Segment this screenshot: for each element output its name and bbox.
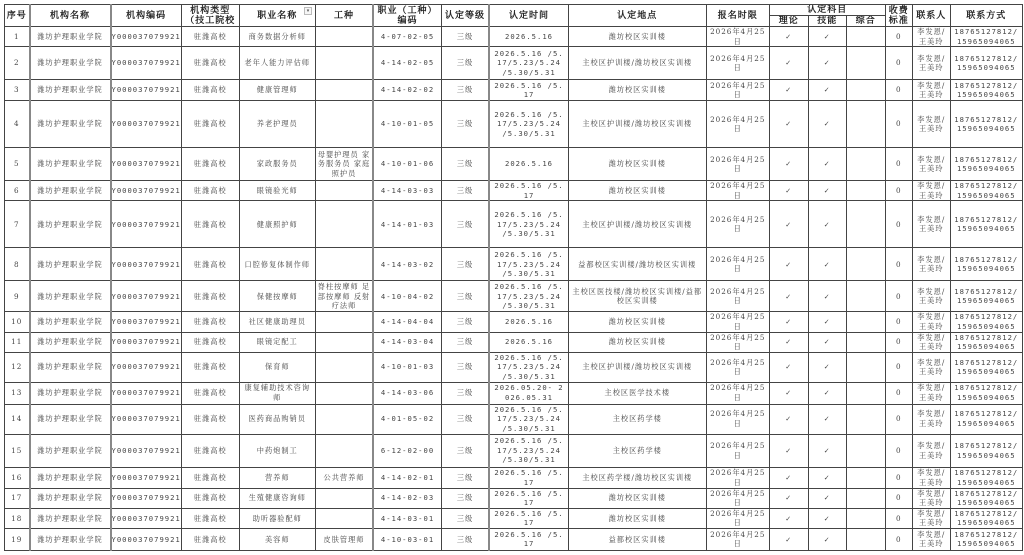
occupation-code: 4-14-03-02 xyxy=(373,248,441,281)
subject-comprehensive xyxy=(846,27,885,47)
occupation-code: 4-14-03-03 xyxy=(373,181,441,201)
org-name: 潍坊护理职业学院 xyxy=(30,101,111,148)
contact-phone: 18765127812/15965094065 xyxy=(950,201,1022,248)
row-index: 6 xyxy=(5,181,30,201)
org-name: 潍坊护理职业学院 xyxy=(30,434,111,467)
subject-theory-check: ✓ xyxy=(769,47,808,80)
registration-deadline: 2026年4月25日 xyxy=(706,80,769,101)
table-row: 9潍坊护理职业学院Y000037079921驻潍高校保健按摩师脊柱按摩师 足部按… xyxy=(5,281,1023,312)
certification-time: 2026.5.16 /5.17/5.23/5.24 /5.30/5.31 xyxy=(489,201,568,248)
occupation-code: 6-12-02-00 xyxy=(373,434,441,467)
org-name: 潍坊护理职业学院 xyxy=(30,312,111,332)
work-type xyxy=(315,352,373,382)
subject-theory-check: ✓ xyxy=(769,508,808,528)
certification-location: 主校区医技楼/潍坊校区实训楼/益都校区实训楼 xyxy=(568,281,706,312)
occupation-name: 健康照护师 xyxy=(239,201,315,248)
subject-comprehensive xyxy=(846,434,885,467)
row-index: 9 xyxy=(5,281,30,312)
org-code: Y000037079921 xyxy=(111,528,182,550)
contact-phone: 18765127812/15965094065 xyxy=(950,281,1022,312)
occupation-name: 商务数据分析师 xyxy=(239,27,315,47)
table-row: 12潍坊护理职业学院Y000037079921驻潍高校保育师4-10-01-03… xyxy=(5,352,1023,382)
work-type xyxy=(315,312,373,332)
certification-location: 潍坊校区实训楼 xyxy=(568,148,706,181)
header-fee: 收费标准 xyxy=(885,5,912,27)
registration-deadline: 2026年4月25日 xyxy=(706,312,769,332)
org-name: 潍坊护理职业学院 xyxy=(30,528,111,550)
fee: 0 xyxy=(885,404,912,434)
registration-deadline: 2026年4月25日 xyxy=(706,27,769,47)
contact-phone: 18765127812/15965094065 xyxy=(950,352,1022,382)
table-row: 5潍坊护理职业学院Y000037079921驻潍高校家政服务员母婴护理员 家务服… xyxy=(5,148,1023,181)
subject-skill-check: ✓ xyxy=(808,528,846,550)
subject-skill-check: ✓ xyxy=(808,47,846,80)
org-type: 驻潍高校 xyxy=(181,248,239,281)
certification-level: 三级 xyxy=(441,508,489,528)
subject-theory-check: ✓ xyxy=(769,312,808,332)
certification-location: 潍坊校区实训楼 xyxy=(568,312,706,332)
work-type xyxy=(315,404,373,434)
certification-table: 序号 机构名称 机构编码 机构类型（技工院校 职业名称 工种 职业（工种）编码 … xyxy=(4,4,1023,551)
table-row: 18潍坊护理职业学院Y000037079921驻潍高校助听器验配师4-14-03… xyxy=(5,508,1023,528)
table-row: 6潍坊护理职业学院Y000037079921驻潍高校眼镜验光师4-14-03-0… xyxy=(5,181,1023,201)
org-type: 驻潍高校 xyxy=(181,508,239,528)
subject-theory-check: ✓ xyxy=(769,80,808,101)
work-type: 脊柱按摩师 足部按摩师 反射疗法师 xyxy=(315,281,373,312)
certification-level: 三级 xyxy=(441,382,489,404)
subject-comprehensive xyxy=(846,352,885,382)
occupation-name: 养老护理员 xyxy=(239,101,315,148)
certification-location: 主校区药学楼 xyxy=(568,434,706,467)
certification-level: 三级 xyxy=(441,281,489,312)
certification-time: 2026.5.16 /5.17 xyxy=(489,528,568,550)
contact-phone: 18765127812/15965094065 xyxy=(950,508,1022,528)
occupation-code: 4-14-02-05 xyxy=(373,47,441,80)
fee: 0 xyxy=(885,101,912,148)
org-code: Y000037079921 xyxy=(111,352,182,382)
fee: 0 xyxy=(885,508,912,528)
certification-location: 主校区药学楼 xyxy=(568,404,706,434)
org-type: 驻潍高校 xyxy=(181,148,239,181)
registration-deadline: 2026年4月25日 xyxy=(706,101,769,148)
row-index: 19 xyxy=(5,528,30,550)
subject-comprehensive xyxy=(846,508,885,528)
work-type xyxy=(315,27,373,47)
org-code: Y000037079921 xyxy=(111,467,182,488)
contact-person: 李发恩/王美玲 xyxy=(912,201,950,248)
occupation-code: 4-14-01-03 xyxy=(373,201,441,248)
org-code: Y000037079921 xyxy=(111,508,182,528)
work-type xyxy=(315,488,373,508)
contact-phone: 18765127812/15965094065 xyxy=(950,80,1022,101)
org-name: 潍坊护理职业学院 xyxy=(30,467,111,488)
occupation-name: 保健按摩师 xyxy=(239,281,315,312)
occupation-code: 4-14-03-06 xyxy=(373,382,441,404)
subject-skill-check: ✓ xyxy=(808,248,846,281)
certification-level: 三级 xyxy=(441,101,489,148)
org-name: 潍坊护理职业学院 xyxy=(30,47,111,80)
certification-time: 2026.5.16 /5.17 xyxy=(489,467,568,488)
contact-person: 李发恩/王美玲 xyxy=(912,181,950,201)
subject-comprehensive xyxy=(846,332,885,352)
org-code: Y000037079921 xyxy=(111,281,182,312)
subject-theory-check: ✓ xyxy=(769,201,808,248)
contact-person: 李发恩/王美玲 xyxy=(912,80,950,101)
certification-location: 潍坊校区实训楼 xyxy=(568,181,706,201)
subject-skill-check: ✓ xyxy=(808,488,846,508)
contact-phone: 18765127812/15965094065 xyxy=(950,488,1022,508)
certification-time: 2026.5.16 xyxy=(489,27,568,47)
row-index: 14 xyxy=(5,404,30,434)
org-name: 潍坊护理职业学院 xyxy=(30,352,111,382)
fee: 0 xyxy=(885,47,912,80)
header-org-type: 机构类型（技工院校 xyxy=(181,5,239,27)
header-subject-theory: 理论 xyxy=(769,16,808,27)
certification-time: 2026.5.16 /5.17 xyxy=(489,508,568,528)
header-subject-comprehensive: 综合 xyxy=(846,16,885,27)
header-contact: 联系人 xyxy=(912,5,950,27)
registration-deadline: 2026年4月25日 xyxy=(706,47,769,80)
work-type xyxy=(315,101,373,148)
subject-comprehensive xyxy=(846,80,885,101)
org-type: 驻潍高校 xyxy=(181,352,239,382)
subject-comprehensive xyxy=(846,467,885,488)
contact-phone: 18765127812/15965094065 xyxy=(950,47,1022,80)
certification-time: 2026.5.16 /5.17 xyxy=(489,80,568,101)
contact-phone: 18765127812/15965094065 xyxy=(950,382,1022,404)
certification-location: 潍坊校区实训楼 xyxy=(568,332,706,352)
subject-comprehensive xyxy=(846,404,885,434)
org-code: Y000037079921 xyxy=(111,101,182,148)
org-name: 潍坊护理职业学院 xyxy=(30,181,111,201)
row-index: 5 xyxy=(5,148,30,181)
org-type: 驻潍高校 xyxy=(181,528,239,550)
registration-deadline: 2026年4月25日 xyxy=(706,148,769,181)
certification-level: 三级 xyxy=(441,47,489,80)
work-type xyxy=(315,508,373,528)
registration-deadline: 2026年4月25日 xyxy=(706,248,769,281)
subject-comprehensive xyxy=(846,488,885,508)
registration-deadline: 2026年4月25日 xyxy=(706,404,769,434)
certification-location: 主校区护训楼/潍坊校区实训楼 xyxy=(568,201,706,248)
table-row: 1潍坊护理职业学院Y000037079921驻潍高校商务数据分析师4-07-02… xyxy=(5,27,1023,47)
org-type: 驻潍高校 xyxy=(181,201,239,248)
occupation-name: 眼镜验光师 xyxy=(239,181,315,201)
work-type xyxy=(315,434,373,467)
contact-phone: 18765127812/15965094065 xyxy=(950,528,1022,550)
occupation-code: 4-14-02-01 xyxy=(373,467,441,488)
certification-time: 2026.05.20- 2026.05.31 xyxy=(489,382,568,404)
subject-skill-check: ✓ xyxy=(808,312,846,332)
org-type: 驻潍高校 xyxy=(181,467,239,488)
org-type: 驻潍高校 xyxy=(181,382,239,404)
subject-skill-check: ✓ xyxy=(808,404,846,434)
org-type: 驻潍高校 xyxy=(181,27,239,47)
certification-location: 主校区护训楼/潍坊校区实训楼 xyxy=(568,101,706,148)
subject-comprehensive xyxy=(846,281,885,312)
subject-theory-check: ✓ xyxy=(769,332,808,352)
org-type: 驻潍高校 xyxy=(181,312,239,332)
org-type: 驻潍高校 xyxy=(181,332,239,352)
subject-skill-check: ✓ xyxy=(808,434,846,467)
row-index: 1 xyxy=(5,27,30,47)
table-row: 14潍坊护理职业学院Y000037079921驻潍高校医药商品购销员4-01-0… xyxy=(5,404,1023,434)
org-code: Y000037079921 xyxy=(111,27,182,47)
table-row: 13潍坊护理职业学院Y000037079921驻潍高校康复辅助技术咨询师4-14… xyxy=(5,382,1023,404)
contact-phone: 18765127812/15965094065 xyxy=(950,27,1022,47)
occupation-name: 社区健康助理员 xyxy=(239,312,315,332)
org-code: Y000037079921 xyxy=(111,201,182,248)
header-org-name: 机构名称 xyxy=(30,5,111,27)
org-type: 驻潍高校 xyxy=(181,47,239,80)
certification-time: 2026.5.16 /5.17 xyxy=(489,488,568,508)
subject-skill-check: ✓ xyxy=(808,467,846,488)
certification-location: 潍坊校区实训楼 xyxy=(568,80,706,101)
work-type xyxy=(315,248,373,281)
subject-skill-check: ✓ xyxy=(808,201,846,248)
header-level: 认定等级 xyxy=(441,5,489,27)
certification-level: 三级 xyxy=(441,404,489,434)
registration-deadline: 2026年4月25日 xyxy=(706,332,769,352)
contact-person: 李发恩/王美玲 xyxy=(912,101,950,148)
org-type: 驻潍高校 xyxy=(181,80,239,101)
contact-phone: 18765127812/15965094065 xyxy=(950,101,1022,148)
table-row: 15潍坊护理职业学院Y000037079921驻潍高校中药炮制工6-12-02-… xyxy=(5,434,1023,467)
contact-person: 李发恩/王美玲 xyxy=(912,508,950,528)
certification-location: 主校区护训楼/潍坊校区实训楼 xyxy=(568,352,706,382)
work-type xyxy=(315,332,373,352)
certification-level: 三级 xyxy=(441,434,489,467)
header-work-type: 工种 xyxy=(315,5,373,27)
registration-deadline: 2026年4月25日 xyxy=(706,488,769,508)
contact-phone: 18765127812/15965094065 xyxy=(950,181,1022,201)
certification-level: 三级 xyxy=(441,332,489,352)
occupation-code: 4-14-03-04 xyxy=(373,332,441,352)
certification-time: 2026.5.16 /5.17/5.23/5.24 /5.30/5.31 xyxy=(489,281,568,312)
header-subject-skill: 技能 xyxy=(808,16,846,27)
work-type: 皮肤管理师 xyxy=(315,528,373,550)
occupation-name: 美容师 xyxy=(239,528,315,550)
occupation-code: 4-14-04-04 xyxy=(373,312,441,332)
registration-deadline: 2026年4月25日 xyxy=(706,201,769,248)
row-index: 11 xyxy=(5,332,30,352)
occupation-code: 4-10-01-03 xyxy=(373,352,441,382)
table-row: 19潍坊护理职业学院Y000037079921驻潍高校美容师皮肤管理师4-10-… xyxy=(5,528,1023,550)
certification-level: 三级 xyxy=(441,352,489,382)
org-name: 潍坊护理职业学院 xyxy=(30,382,111,404)
org-code: Y000037079921 xyxy=(111,332,182,352)
contact-person: 李发恩/王美玲 xyxy=(912,148,950,181)
org-code: Y000037079921 xyxy=(111,148,182,181)
table-row: 16潍坊护理职业学院Y000037079921驻潍高校营养师公共营养师4-14-… xyxy=(5,467,1023,488)
row-index: 16 xyxy=(5,467,30,488)
org-code: Y000037079921 xyxy=(111,404,182,434)
certification-time: 2026.5.16 xyxy=(489,332,568,352)
subject-theory-check: ✓ xyxy=(769,528,808,550)
certification-location: 主校区医学技术楼 xyxy=(568,382,706,404)
certification-time: 2026.5.16 /5.17 xyxy=(489,181,568,201)
subject-theory-check: ✓ xyxy=(769,382,808,404)
fee: 0 xyxy=(885,488,912,508)
certification-time: 2026.5.16 /5.17/5.23/5.24 /5.30/5.31 xyxy=(489,404,568,434)
subject-comprehensive xyxy=(846,528,885,550)
row-index: 2 xyxy=(5,47,30,80)
work-type xyxy=(315,80,373,101)
fee: 0 xyxy=(885,352,912,382)
subject-skill-check: ✓ xyxy=(808,352,846,382)
contact-person: 李发恩/王美玲 xyxy=(912,332,950,352)
occupation-code: 4-10-01-06 xyxy=(373,148,441,181)
filter-dropdown-icon[interactable]: ▾ xyxy=(304,7,312,15)
certification-location: 主校区护训楼/潍坊校区实训楼 xyxy=(568,47,706,80)
certification-time: 2026.5.16 xyxy=(489,312,568,332)
contact-phone: 18765127812/15965094065 xyxy=(950,467,1022,488)
fee: 0 xyxy=(885,201,912,248)
contact-phone: 18765127812/15965094065 xyxy=(950,404,1022,434)
certification-location: 潍坊校区实训楼 xyxy=(568,488,706,508)
contact-phone: 18765127812/15965094065 xyxy=(950,312,1022,332)
registration-deadline: 2026年4月25日 xyxy=(706,508,769,528)
org-code: Y000037079921 xyxy=(111,80,182,101)
table-row: 17潍坊护理职业学院Y000037079921驻潍高校生殖健康咨询师4-14-0… xyxy=(5,488,1023,508)
subject-theory-check: ✓ xyxy=(769,181,808,201)
contact-phone: 18765127812/15965094065 xyxy=(950,434,1022,467)
fee: 0 xyxy=(885,467,912,488)
org-type: 驻潍高校 xyxy=(181,488,239,508)
org-name: 潍坊护理职业学院 xyxy=(30,80,111,101)
certification-time: 2026.5.16 /5.17/5.23/5.24 /5.30/5.31 xyxy=(489,248,568,281)
org-name: 潍坊护理职业学院 xyxy=(30,248,111,281)
certification-location: 主校区药学楼/潍坊校区实训楼 xyxy=(568,467,706,488)
fee: 0 xyxy=(885,80,912,101)
row-index: 3 xyxy=(5,80,30,101)
org-name: 潍坊护理职业学院 xyxy=(30,201,111,248)
row-index: 13 xyxy=(5,382,30,404)
row-index: 17 xyxy=(5,488,30,508)
subject-comprehensive xyxy=(846,312,885,332)
table-row: 2潍坊护理职业学院Y000037079921驻潍高校老年人能力评估师4-14-0… xyxy=(5,47,1023,80)
work-type: 母婴护理员 家务服务员 家庭照护员 xyxy=(315,148,373,181)
contact-phone: 18765127812/15965094065 xyxy=(950,248,1022,281)
subject-comprehensive xyxy=(846,181,885,201)
certification-level: 三级 xyxy=(441,528,489,550)
work-type xyxy=(315,382,373,404)
fee: 0 xyxy=(885,27,912,47)
certification-level: 三级 xyxy=(441,201,489,248)
registration-deadline: 2026年4月25日 xyxy=(706,352,769,382)
fee: 0 xyxy=(885,181,912,201)
occupation-code: 4-01-05-02 xyxy=(373,404,441,434)
certification-level: 三级 xyxy=(441,467,489,488)
table-row: 10潍坊护理职业学院Y000037079921驻潍高校社区健康助理员4-14-0… xyxy=(5,312,1023,332)
subject-theory-check: ✓ xyxy=(769,101,808,148)
contact-person: 李发恩/王美玲 xyxy=(912,434,950,467)
subject-skill-check: ✓ xyxy=(808,148,846,181)
subject-skill-check: ✓ xyxy=(808,332,846,352)
occupation-code: 4-07-02-05 xyxy=(373,27,441,47)
occupation-name: 中药炮制工 xyxy=(239,434,315,467)
occupation-code: 4-14-02-03 xyxy=(373,488,441,508)
table-row: 11潍坊护理职业学院Y000037079921驻潍高校眼镜定配工4-14-03-… xyxy=(5,332,1023,352)
table-row: 3潍坊护理职业学院Y000037079921驻潍高校健康管理师4-14-02-0… xyxy=(5,80,1023,101)
occupation-name: 保育师 xyxy=(239,352,315,382)
row-index: 12 xyxy=(5,352,30,382)
occupation-name: 口腔修复体制作师 xyxy=(239,248,315,281)
occupation-name: 健康管理师 xyxy=(239,80,315,101)
registration-deadline: 2026年4月25日 xyxy=(706,434,769,467)
contact-person: 李发恩/王美玲 xyxy=(912,312,950,332)
fee: 0 xyxy=(885,382,912,404)
subject-comprehensive xyxy=(846,101,885,148)
certification-time: 2026.5.16 /5.17/5.23/5.24 /5.30/5.31 xyxy=(489,101,568,148)
subject-theory-check: ✓ xyxy=(769,467,808,488)
certification-time: 2026.5.16 /5.17/5.23/5.24 /5.30/5.31 xyxy=(489,434,568,467)
occupation-code: 4-14-02-02 xyxy=(373,80,441,101)
certification-level: 三级 xyxy=(441,80,489,101)
subject-comprehensive xyxy=(846,148,885,181)
registration-deadline: 2026年4月25日 xyxy=(706,181,769,201)
row-index: 4 xyxy=(5,101,30,148)
org-code: Y000037079921 xyxy=(111,488,182,508)
subject-skill-check: ✓ xyxy=(808,281,846,312)
registration-deadline: 2026年4月25日 xyxy=(706,528,769,550)
certification-level: 三级 xyxy=(441,148,489,181)
subject-theory-check: ✓ xyxy=(769,248,808,281)
certification-level: 三级 xyxy=(441,181,489,201)
work-type xyxy=(315,47,373,80)
row-index: 7 xyxy=(5,201,30,248)
row-index: 15 xyxy=(5,434,30,467)
certification-level: 三级 xyxy=(441,488,489,508)
contact-person: 李发恩/王美玲 xyxy=(912,467,950,488)
org-name: 潍坊护理职业学院 xyxy=(30,148,111,181)
contact-person: 李发恩/王美玲 xyxy=(912,528,950,550)
org-code: Y000037079921 xyxy=(111,382,182,404)
org-name: 潍坊护理职业学院 xyxy=(30,508,111,528)
subject-comprehensive xyxy=(846,47,885,80)
occupation-name: 眼镜定配工 xyxy=(239,332,315,352)
org-code: Y000037079921 xyxy=(111,181,182,201)
subject-skill-check: ✓ xyxy=(808,101,846,148)
subject-skill-check: ✓ xyxy=(808,80,846,101)
occupation-code: 4-10-01-05 xyxy=(373,101,441,148)
certification-location: 潍坊校区实训楼 xyxy=(568,27,706,47)
subject-comprehensive xyxy=(846,248,885,281)
fee: 0 xyxy=(885,434,912,467)
work-type: 公共营养师 xyxy=(315,467,373,488)
subject-comprehensive xyxy=(846,201,885,248)
org-code: Y000037079921 xyxy=(111,312,182,332)
certification-location: 益都校区实训楼 xyxy=(568,528,706,550)
certification-time: 2026.5.16 /5.17/5.23/5.24 /5.30/5.31 xyxy=(489,352,568,382)
occupation-name: 医药商品购销员 xyxy=(239,404,315,434)
certification-level: 三级 xyxy=(441,248,489,281)
row-index: 18 xyxy=(5,508,30,528)
table-row: 4潍坊护理职业学院Y000037079921驻潍高校养老护理员4-10-01-0… xyxy=(5,101,1023,148)
header-location: 认定地点 xyxy=(568,5,706,27)
org-type: 驻潍高校 xyxy=(181,101,239,148)
subject-theory-check: ✓ xyxy=(769,434,808,467)
fee: 0 xyxy=(885,148,912,181)
occupation-name: 助听器验配师 xyxy=(239,508,315,528)
contact-person: 李发恩/王美玲 xyxy=(912,27,950,47)
header-subjects: 认定科目 xyxy=(769,5,885,16)
contact-person: 李发恩/王美玲 xyxy=(912,488,950,508)
subject-theory-check: ✓ xyxy=(769,404,808,434)
org-type: 驻潍高校 xyxy=(181,404,239,434)
header-index: 序号 xyxy=(5,5,30,27)
org-type: 驻潍高校 xyxy=(181,434,239,467)
